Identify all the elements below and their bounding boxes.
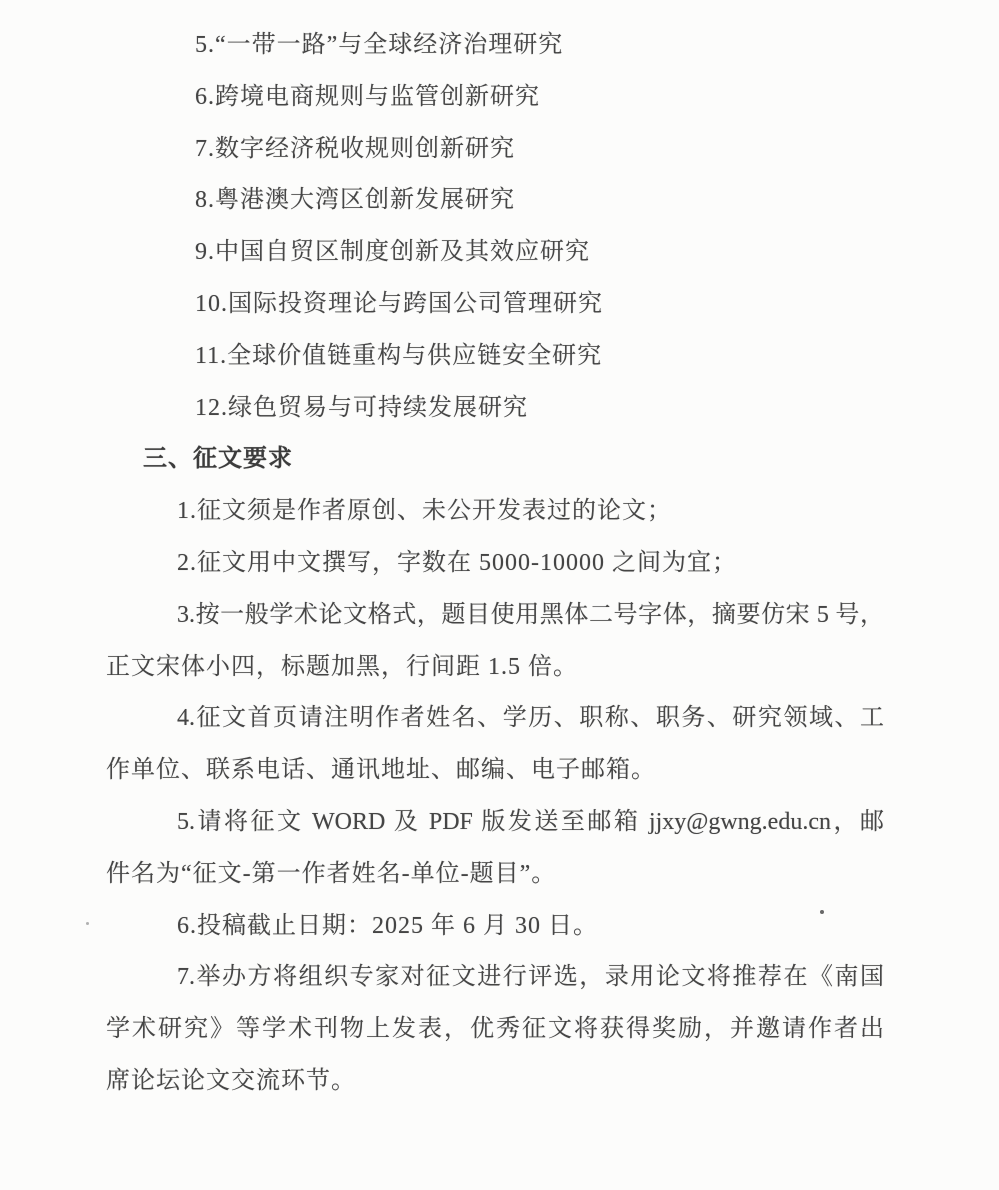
topic-item-12: 12.绿色贸易与可持续发展研究: [106, 383, 884, 435]
requirement-7-line-3: 席论坛论文交流环节。: [106, 1056, 884, 1108]
requirement-6: 6.投稿截止日期：2025 年 6 月 30 日。: [106, 901, 884, 953]
requirement-3-line-2: 正文宋体小四，标题加黑，行间距 1.5 倍。: [106, 642, 884, 694]
topic-item-6: 6.跨境电商规则与监管创新研究: [106, 72, 884, 124]
requirement-4-line-1: 4.征文首页请注明作者姓名、学历、职称、职务、研究领域、工: [106, 693, 884, 745]
topics-list: 5.“一带一路”与全球经济治理研究 6.跨境电商规则与监管创新研究 7.数字经济…: [106, 20, 884, 434]
document-page: 5.“一带一路”与全球经济治理研究 6.跨境电商规则与监管创新研究 7.数字经济…: [0, 0, 999, 1190]
requirement-1: 1.征文须是作者原创、未公开发表过的论文；: [106, 486, 884, 538]
document-text-block: 5.“一带一路”与全球经济治理研究 6.跨境电商规则与监管创新研究 7.数字经济…: [106, 20, 884, 1108]
requirement-4-line-2: 作单位、联系电话、通讯地址、邮编、电子邮箱。: [106, 745, 884, 797]
topic-item-11: 11.全球价值链重构与供应链安全研究: [106, 331, 884, 383]
requirements-list: 1.征文须是作者原创、未公开发表过的论文； 2.征文用中文撰写，字数在 5000…: [106, 486, 884, 1108]
scan-speck: [86, 922, 89, 925]
requirement-7-line-2: 学术研究》等学术刊物上发表，优秀征文将获得奖励，并邀请作者出: [106, 1004, 884, 1056]
requirement-5-line-2: 件名为“征文-第一作者姓名-单位-题目”。: [106, 849, 884, 901]
topic-item-8: 8.粤港澳大湾区创新发展研究: [106, 175, 884, 227]
requirement-2: 2.征文用中文撰写，字数在 5000-10000 之间为宜；: [106, 538, 884, 590]
requirement-7-line-1: 7.举办方将组织专家对征文进行评选，录用论文将推荐在《南国: [106, 952, 884, 1004]
section-heading: 三、征文要求: [143, 434, 884, 486]
requirement-3-line-1: 3.按一般学术论文格式，题目使用黑体二号字体，摘要仿宋 5 号，: [106, 590, 884, 642]
topic-item-5: 5.“一带一路”与全球经济治理研究: [106, 20, 884, 72]
topic-item-10: 10.国际投资理论与跨国公司管理研究: [106, 279, 884, 331]
scan-speck: [820, 910, 824, 914]
requirement-5-line-1: 5.请将征文 WORD 及 PDF 版发送至邮箱 jjxy@gwng.edu.c…: [106, 797, 884, 849]
topic-item-9: 9.中国自贸区制度创新及其效应研究: [106, 227, 884, 279]
topic-item-7: 7.数字经济税收规则创新研究: [106, 124, 884, 176]
